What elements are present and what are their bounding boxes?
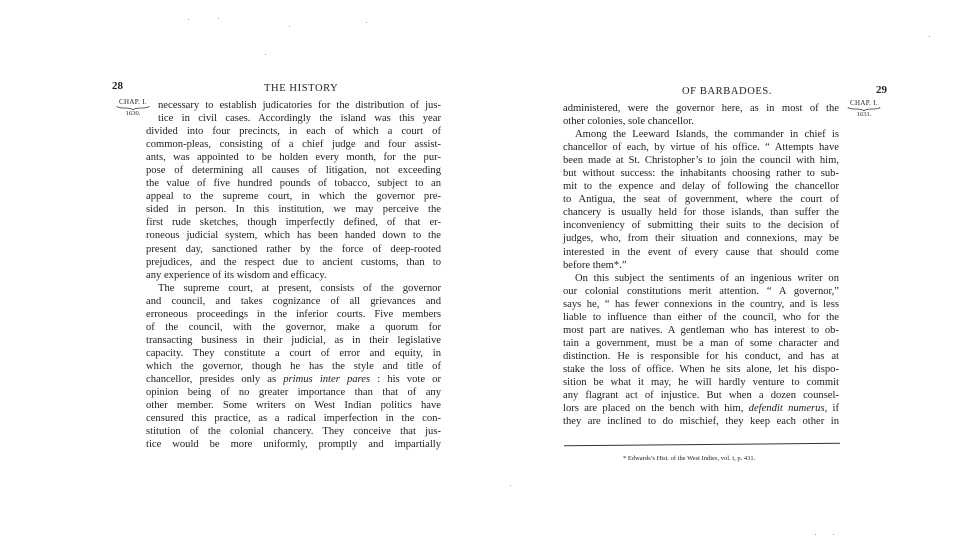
text-line: erroneous proceedings in the inferior co… — [146, 308, 441, 321]
footnote-divider — [564, 443, 840, 446]
text-line: necessary to establish judicatories for … — [158, 99, 441, 112]
text-line: liable to influence than either of the c… — [563, 311, 839, 324]
scan-speck — [833, 534, 834, 535]
text-line: tice in civil cases. Accordingly the isl… — [158, 112, 441, 125]
text-line: capacity. They constitute a court of err… — [146, 347, 441, 360]
text-line: judges, who, from their situation and co… — [563, 232, 839, 245]
text-line: been made at St. Christopher’s to join t… — [563, 154, 839, 167]
text-line: the value of five hundred pounds of toba… — [146, 177, 441, 190]
text-line: but without success: the inhabitants cho… — [563, 167, 839, 180]
text-line: distinction. He is responsible for his c… — [563, 350, 839, 363]
text-line: first rude sketches, though imperfectly … — [146, 216, 441, 229]
text-line: other colonies, sole chancellor. — [563, 115, 839, 128]
margin-note-year: 1631. — [844, 111, 884, 119]
text-line: mit to the expence and delay of followin… — [563, 180, 839, 193]
text-line: present day, sanctioned rather by the fo… — [146, 243, 441, 256]
text-line: which the governor, though he has the st… — [146, 360, 441, 373]
text-line: opinion being of no greater importance t… — [146, 386, 441, 399]
text-line: they are inclined to do mischief, they k… — [563, 415, 839, 428]
text-line: before them*.” — [563, 259, 839, 272]
text-line: any flagrant act of injustice. But when … — [563, 389, 839, 402]
page-number-right: 29 — [876, 84, 887, 96]
margin-note-chapter: CHAP. I. — [844, 99, 884, 107]
text-line: sided in person. In this institution, we… — [146, 203, 441, 216]
margin-note-year: 1630. — [113, 110, 153, 118]
text-line: says he, “ has fewer connexions in the c… — [563, 298, 839, 311]
text-line: tice would be more uniformly, promptly a… — [146, 438, 441, 451]
text-line: stitution of the colonial chancery. They… — [146, 425, 441, 438]
text-line: prejudices, and the respect due to ancie… — [146, 256, 441, 269]
right-page: OF BARBADOES. 29 CHAP. I. 1631. administ… — [490, 0, 980, 559]
text-line: chancery is usually held for those islan… — [563, 206, 839, 219]
scan-speck — [265, 54, 266, 55]
text-line: common-pleas, consisting of a chief judg… — [146, 138, 441, 151]
text-segment: chancellor, presides only as — [146, 374, 283, 385]
text-segment: lors are placed on the bench with him, — [563, 403, 749, 414]
scan-speck — [366, 22, 367, 23]
margin-note-chapter: CHAP. I. — [113, 98, 153, 106]
italic-phrase: primus inter pares — [283, 374, 370, 385]
paragraph-start-line: The supreme court, at present, consists … — [158, 282, 441, 295]
text-line: censured this practice, as a radical imp… — [146, 412, 441, 425]
page-number-left: 28 — [112, 80, 123, 92]
text-line: chancellor of each, by virtue of his off… — [563, 141, 839, 154]
italic-phrase: defendit numerus — [749, 403, 825, 414]
text-line: tain a government, must be a man of some… — [563, 337, 839, 350]
text-line: administered, were the governor here, as… — [563, 102, 839, 115]
text-line: our colonial constitutions merit attenti… — [563, 285, 839, 298]
scan-speck — [289, 26, 290, 27]
text-line: any experience of its wisdom and efficac… — [146, 269, 441, 282]
margin-note-left: CHAP. I. 1630. — [113, 98, 153, 118]
text-line: to Antigua, the seat of government, wher… — [563, 193, 839, 206]
left-page-body: necessary to establish judicatories for … — [158, 99, 441, 451]
text-segment: : his vote or — [370, 374, 441, 385]
scan-speck — [218, 18, 219, 19]
text-line-with-italic: chancellor, presides only as primus inte… — [146, 373, 441, 386]
running-head-left: THE HISTORY — [264, 83, 338, 94]
footnote: * Edwards’s Hist. of the West Indies, vo… — [623, 455, 755, 462]
text-line: pose of determining all causes of litiga… — [146, 164, 441, 177]
text-line: transacting business in their judicial, … — [146, 334, 441, 347]
margin-note-right: CHAP. I. 1631. — [844, 99, 884, 119]
text-line: roneous judicial system, which has been … — [146, 229, 441, 242]
text-line: other member. Some writers on West India… — [146, 399, 441, 412]
left-page: 28 THE HISTORY CHAP. I. 1630. necessary … — [0, 0, 490, 559]
text-segment: , if — [825, 403, 839, 414]
text-line: inconveniency of submitting their suits … — [563, 219, 839, 232]
text-line-with-italic: lors are placed on the bench with him, d… — [563, 402, 839, 415]
text-line: divided into four precincts, in each of … — [146, 125, 441, 138]
text-line: interested in the event of every cause t… — [563, 246, 839, 259]
scan-speck — [188, 19, 189, 20]
scan-speck — [929, 36, 930, 37]
text-line: ants, was appointed to be holden every m… — [146, 151, 441, 164]
text-line: and council, and takes cognizance of all… — [146, 295, 441, 308]
paragraph-start-line: Among the Leeward Islands, the commander… — [563, 128, 839, 141]
scan-speck — [510, 485, 511, 486]
right-page-body: administered, were the governor here, as… — [563, 102, 839, 428]
text-line: most part are natives. A gentleman who h… — [563, 324, 839, 337]
running-head-right: OF BARBADOES. — [682, 86, 772, 97]
text-line: stake the loss of office. When he sits a… — [563, 363, 839, 376]
text-line: appeal to the supreme court, in which th… — [146, 190, 441, 203]
text-line: sition be what it may, he will hardly ve… — [563, 376, 839, 389]
paragraph-start-line: On this subject the sentiments of an ing… — [563, 272, 839, 285]
scan-speck — [815, 534, 816, 535]
text-line: of the council, with the governor, make … — [146, 321, 441, 334]
